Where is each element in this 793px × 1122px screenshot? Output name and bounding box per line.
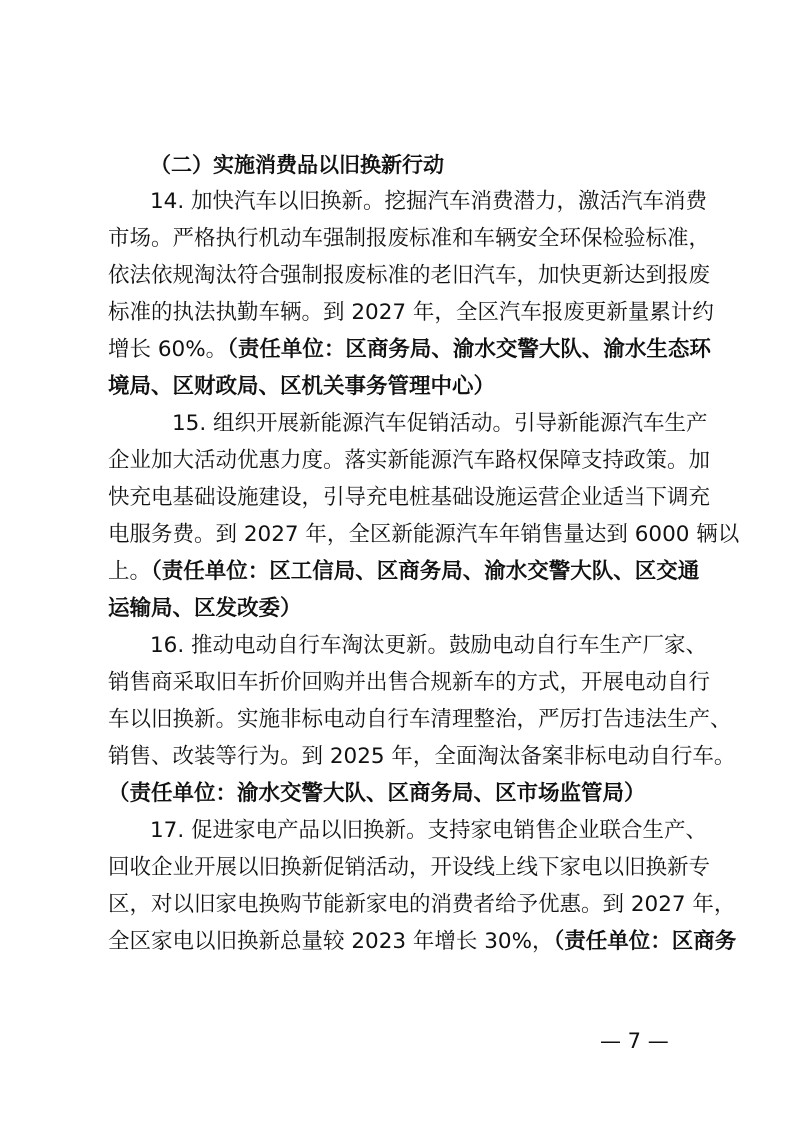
responsible-units: （责任单位：区商务 [554, 929, 737, 954]
section-heading: （二）实施消费品以旧换新行动 [150, 147, 570, 183]
item-16-line-3: 车以旧换新。实施非标电动自行车清理整治，严厉打告违法生产、 [108, 702, 696, 738]
item-15-line-3: 快充电基础设施建设，引导充电桩基础设施运营企业适当下调充 [108, 480, 696, 516]
item-17-line-2: 回收企业开展以旧换新促销活动，开设线上线下家电以旧换新专 [108, 850, 696, 886]
item-14-line-5: 增长 60%。（责任单位：区商务局、渝水交警大队、渝水生态环 [108, 332, 696, 368]
item-16-line-1: 16. 推动电动自行车淘汰更新。鼓励电动自行车生产厂家、 [150, 628, 696, 664]
item-14-line-3: 依法依规淘汰符合强制报废标准的老旧汽车，加快更新达到报废 [108, 258, 696, 294]
item-14-line-1: 14. 加快汽车以旧换新。挖掘汽车消费潜力，激活汽车消费 [150, 184, 696, 220]
page-number: — 7 — [600, 1026, 700, 1056]
responsible-units: （责任单位：区商务局、渝水交警大队、渝水生态环 [227, 337, 711, 362]
item-16-responsible-units: （责任单位：渝水交警大队、区商务局、区市场监管局） [108, 776, 696, 812]
item-14-responsible-units-cont: 境局、区财政局、区机关事务管理中心） [108, 369, 696, 405]
item-15-responsible-units-cont: 运输局、区发改委） [108, 591, 696, 627]
item-16-line-2: 销售商采取旧车折价回购并出售合规新车的方式，开展电动自行 [108, 665, 696, 701]
item-number: 15. [172, 411, 206, 436]
item-14-line-2: 市场。严格执行机动车强制报废标准和车辆安全环保检验标准， [108, 221, 696, 257]
item-15-line-2: 企业加大活动优惠力度。落实新能源汽车路权保障支持政策。加 [108, 443, 696, 479]
item-17-line-4: 全区家电以旧换新总量较 2023 年增长 30%，（责任单位：区商务 [108, 924, 696, 960]
item-number: 16. [150, 633, 184, 658]
item-17-line-3: 区，对以旧家电换购节能新家电的消费者给予优惠。到 2027 年， [108, 887, 696, 923]
item-number: 14. [150, 189, 184, 214]
responsible-units: （责任单位：区工信局、区商务局、渝水交警大队、区交通 [151, 559, 699, 584]
document-page: （二）实施消费品以旧换新行动 14. 加快汽车以旧换新。挖掘汽车消费潜力，激活汽… [0, 0, 793, 1122]
item-number: 17. [150, 818, 184, 843]
item-15-line-5: 上。（责任单位：区工信局、区商务局、渝水交警大队、区交通 [108, 554, 696, 590]
item-15-line-4: 电服务费。到 2027 年，全区新能源汽车年销售量达到 6000 辆以 [108, 517, 696, 553]
item-17-line-1: 17. 促进家电产品以旧换新。支持家电销售企业联合生产、 [150, 813, 696, 849]
item-15-line-1: 15. 组织开展新能源汽车促销活动。引导新能源汽车生产 [172, 406, 696, 442]
item-14-line-4: 标准的执法执勤车辆。到 2027 年，全区汽车报废更新量累计约 [108, 295, 696, 331]
item-16-line-4: 销售、改装等行为。到 2025 年，全面淘汰备案非标电动自行车。 [108, 739, 696, 775]
